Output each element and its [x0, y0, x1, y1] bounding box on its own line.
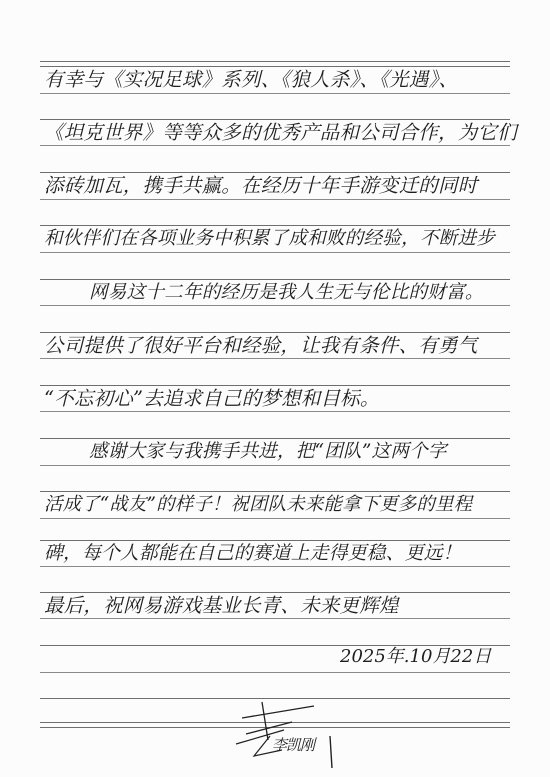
- letter-date: 2025年.10月22日: [340, 646, 491, 668]
- ruled-line: [40, 358, 510, 359]
- ruled-line: [40, 66, 510, 67]
- letter-line: 活成了“战友”的样子！祝团队未来能拿下更多的里程: [44, 493, 514, 517]
- letter-line: 最后，祝网易游戏基业长青、未来更辉煌: [44, 594, 514, 618]
- ruled-line: [40, 411, 510, 412]
- signature: 李凯刚: [232, 700, 342, 770]
- ruled-line: [40, 332, 510, 333]
- ruled-line: [40, 252, 510, 253]
- ruled-line: [40, 592, 510, 593]
- ruled-line: [40, 172, 510, 173]
- ruled-line: [40, 385, 510, 386]
- letter-paragraph-start: 网易这十二年的经历是我人生无与伦比的财富。: [44, 281, 550, 305]
- ruled-line: [40, 438, 510, 439]
- ruled-line: [40, 279, 510, 280]
- ruled-line: [40, 305, 510, 306]
- letter-line: 有幸与《实况足球》系列、《狼人杀》、《光遇》、: [44, 68, 514, 92]
- ruled-line: [40, 672, 510, 673]
- ruled-line: [40, 518, 510, 519]
- ruled-line: [40, 145, 510, 146]
- letter-line: 碑，每个人都能在自己的赛道上走得更稳、更远！: [44, 542, 514, 566]
- ruled-line: [40, 618, 510, 619]
- signature-name: 李凯刚: [272, 734, 314, 755]
- ruled-line: [40, 225, 510, 226]
- letter-line: 和伙伴们在各项业务中积累了成和败的经验，不断进步: [44, 227, 514, 251]
- ruled-line: [40, 566, 510, 567]
- ruled-line: [40, 491, 510, 492]
- ruled-line: [40, 119, 510, 120]
- letter-paragraph-start: 感谢大家与我携手共进，把“团队”这两个字: [44, 440, 550, 464]
- letter-line: 《坦克世界》等等众多的优秀产品和公司合作，为它们: [44, 121, 514, 145]
- ruled-line: [40, 698, 510, 699]
- ruled-line: [40, 465, 510, 466]
- ruled-line: [40, 199, 510, 200]
- letter-line: 公司提供了很好平台和经验，让我有条件、有勇气: [44, 334, 514, 358]
- letter-page: 有幸与《实况足球》系列、《狼人杀》、《光遇》、 《坦克世界》等等众多的优秀产品和…: [0, 0, 550, 777]
- letter-line: “不忘初心”去追求自己的梦想和目标。: [44, 387, 514, 411]
- ruled-line: [40, 93, 510, 94]
- ruled-line: [40, 540, 510, 541]
- ruled-line: [40, 61, 510, 62]
- letter-line: 添砖加瓦，携手共赢。在经历十年手游变迁的同时: [44, 174, 514, 198]
